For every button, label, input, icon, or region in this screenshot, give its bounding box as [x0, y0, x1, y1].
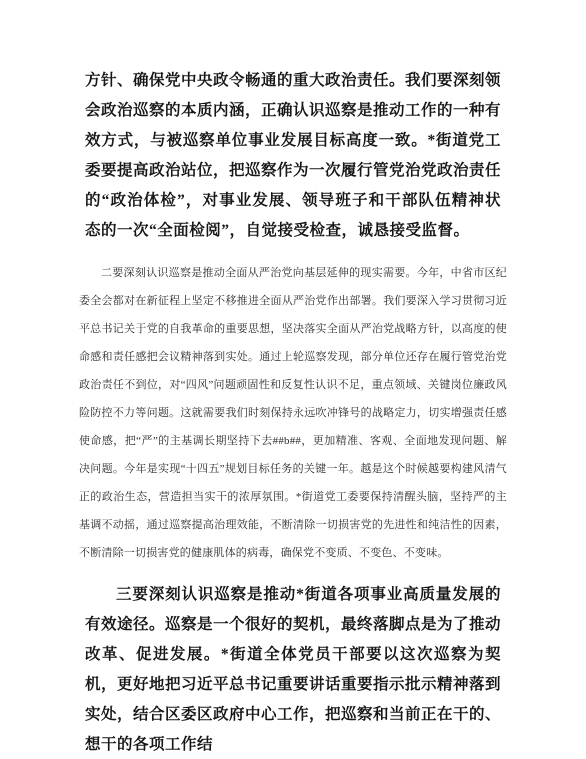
paragraph-continuation: 方针、确保党中央政令畅通的重大政治责任。我们要深刻领会政治巡察的本质内涵，正确认…	[85, 66, 501, 246]
paragraph-point-two: 二要深刻认识巡察是推动全面从严治党向基层延伸的现实需要。今年，中省市区纪委全会都…	[79, 259, 507, 567]
document-page: 方针、确保党中央政令畅通的重大政治责任。我们要深刻领会政治巡察的本质内涵，正确认…	[0, 0, 586, 759]
paragraph-point-three: 三要深刻认识巡察是推动*街道各项事业高质量发展的有效途径。巡察是一个很好的契机，…	[85, 580, 501, 759]
